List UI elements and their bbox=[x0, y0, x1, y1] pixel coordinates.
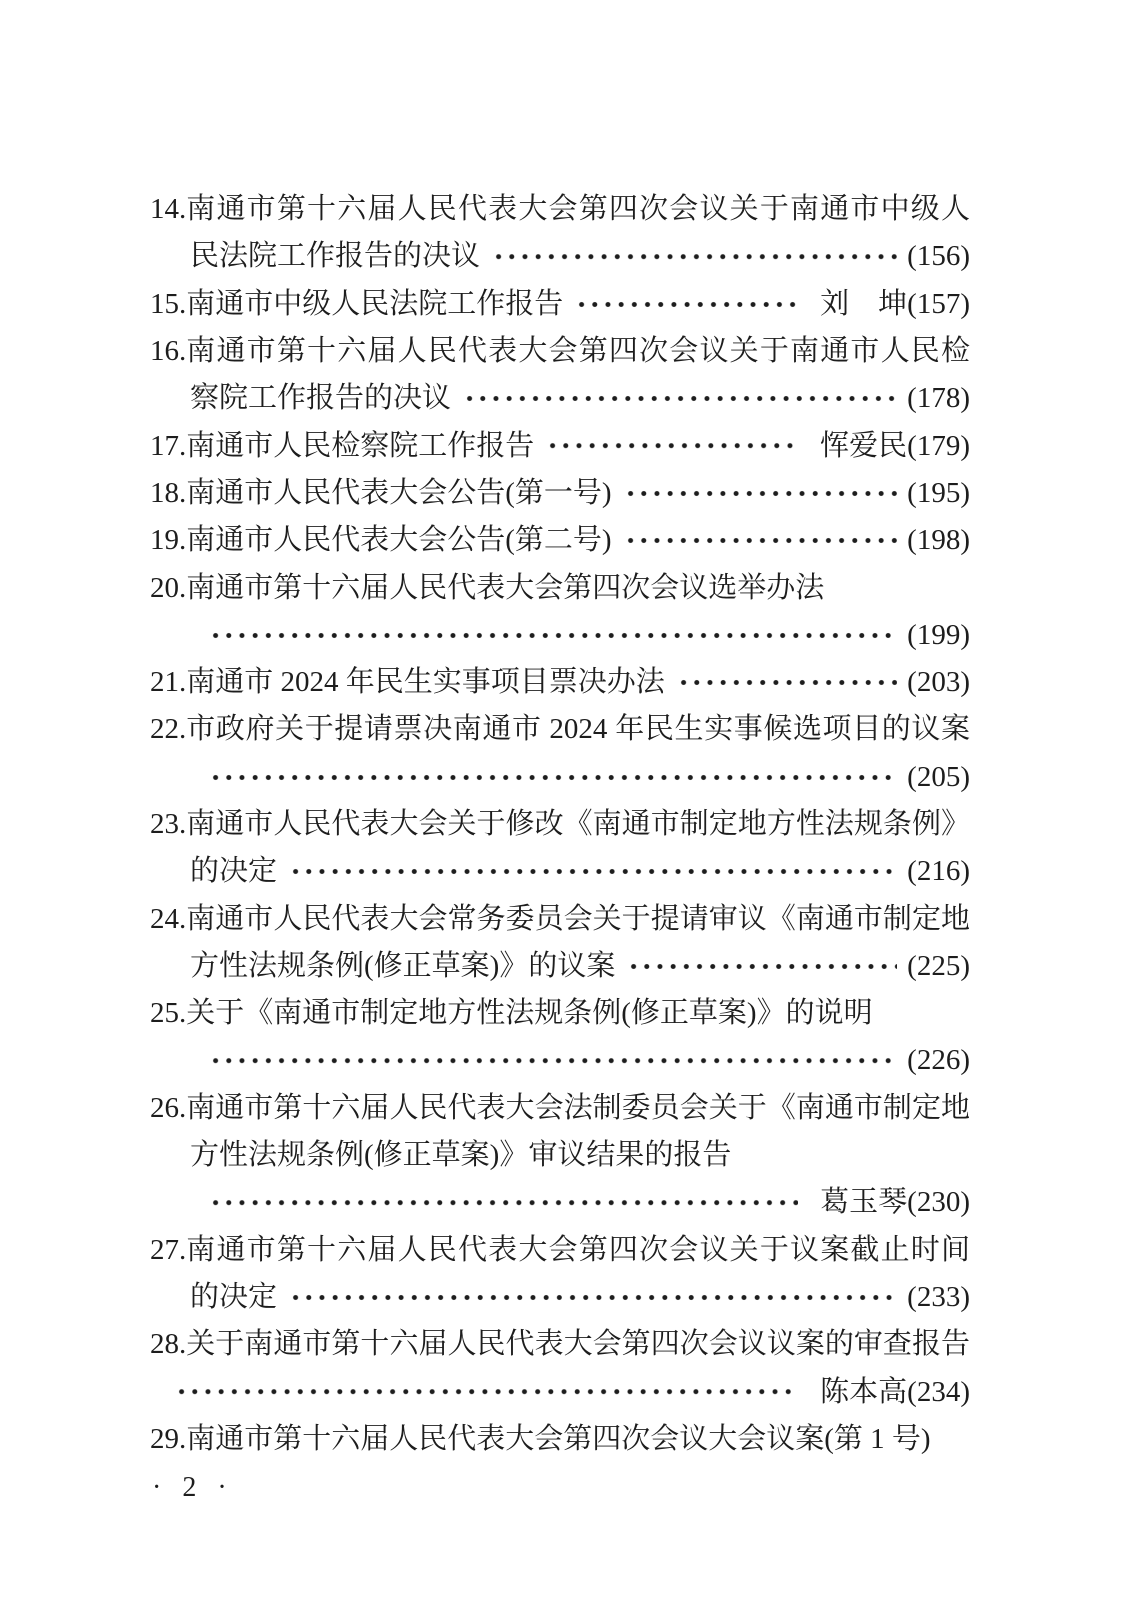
toc-entry-16-line-2: 察院工作报告的决议(178) bbox=[150, 375, 970, 422]
page-number: (230) bbox=[907, 1188, 970, 1217]
page-number: (157) bbox=[907, 290, 970, 319]
dot-leader bbox=[622, 517, 898, 564]
entry-title-text: 关于《南通市制定地方性法规条例(修正草案)》的说明 bbox=[186, 999, 872, 1028]
page-number: (205) bbox=[907, 763, 970, 792]
dot-leader bbox=[207, 612, 897, 659]
toc-entry-19-line-1: 19.南通市人民代表大会公告(第二号)(198) bbox=[150, 517, 970, 564]
dot-leader bbox=[173, 1368, 798, 1415]
page-number: (216) bbox=[907, 857, 970, 886]
toc-entry-21-line-1: 21.南通市 2024 年民生实事项目票决办法(203) bbox=[150, 659, 970, 706]
entry-number: 24. bbox=[150, 905, 186, 934]
page-number: (178) bbox=[907, 384, 970, 413]
entry-title-text: 南通市第十六届人民代表大会第四次会议选举办法 bbox=[186, 574, 824, 603]
entry-title-text: 南通市人民代表大会关于修改《南通市制定地方性法规条例》 bbox=[186, 810, 970, 839]
dot-leader bbox=[287, 1274, 897, 1321]
page-number: (199) bbox=[907, 621, 970, 650]
document-page: 14.南通市第十六届人民代表大会第四次会议关于南通市中级人民法院工作报告的决议(… bbox=[0, 0, 1131, 1600]
toc-entry-14-line-1: 14.南通市第十六届人民代表大会第四次会议关于南通市中级人 bbox=[150, 186, 970, 233]
author-name: 恽爱民 bbox=[820, 432, 907, 461]
entry-number: 18. bbox=[150, 479, 186, 508]
toc-entry-29-line-1: 29.南通市第十六届人民代表大会第四次会议大会议案(第 1 号) bbox=[150, 1416, 970, 1463]
entry-title-text: 南通市人民检察院工作报告 bbox=[186, 432, 534, 461]
dot-leader bbox=[625, 943, 897, 990]
toc-entry-22-line-2: (205) bbox=[150, 754, 970, 801]
page-number-footer: · 2 · bbox=[152, 1472, 234, 1504]
entry-number: 26. bbox=[150, 1094, 186, 1123]
toc-list: 14.南通市第十六届人民代表大会第四次会议关于南通市中级人民法院工作报告的决议(… bbox=[150, 186, 970, 1463]
dot-leader bbox=[675, 659, 897, 706]
toc-entry-18-line-1: 18.南通市人民代表大会公告(第一号)(195) bbox=[150, 470, 970, 517]
dot-leader bbox=[461, 375, 897, 422]
entry-title-text: 察院工作报告的决议 bbox=[190, 384, 451, 413]
entry-title-text: 方性法规条例(修正草案)》审议结果的报告 bbox=[190, 1141, 731, 1170]
entry-title-text: 南通市第十六届人民代表大会第四次会议关于议案截止时间 bbox=[186, 1236, 970, 1265]
author-name: 刘 坤 bbox=[820, 290, 907, 319]
page-number: (233) bbox=[907, 1283, 970, 1312]
toc-entry-27-line-2: 的决定(233) bbox=[150, 1274, 970, 1321]
entry-title-text: 南通市人民代表大会常务委员会关于提请审议《南通市制定地 bbox=[186, 905, 970, 934]
dot-leader bbox=[207, 1179, 798, 1226]
toc-entry-24-line-2: 方性法规条例(修正草案)》的议案(225) bbox=[150, 943, 970, 990]
toc-entry-26-line-2: 方性法规条例(修正草案)》审议结果的报告 bbox=[150, 1132, 970, 1179]
dot-leader bbox=[207, 1037, 897, 1084]
entry-number: 29. bbox=[150, 1425, 186, 1454]
page-number: (198) bbox=[907, 526, 970, 555]
toc-entry-28-line-1: 28.关于南通市第十六届人民代表大会第四次会议议案的审查报告 bbox=[150, 1321, 970, 1368]
dot-leader bbox=[287, 848, 897, 895]
page-number: (195) bbox=[907, 479, 970, 508]
dot-leader bbox=[573, 281, 798, 328]
page-number: (225) bbox=[907, 952, 970, 981]
entry-number: 23. bbox=[150, 810, 186, 839]
entry-number: 15. bbox=[150, 290, 186, 319]
entry-number: 16. bbox=[150, 337, 186, 366]
toc-entry-23-line-2: 的决定(216) bbox=[150, 848, 970, 895]
toc-entry-25-line-2: (226) bbox=[150, 1037, 970, 1084]
toc-entry-26-line-3: 葛玉琴(230) bbox=[150, 1179, 970, 1226]
entry-number: 25. bbox=[150, 999, 186, 1028]
entry-title-text: 南通市人民代表大会公告(第一号) bbox=[186, 479, 611, 508]
page-number: (156) bbox=[907, 242, 970, 271]
entry-title-text: 南通市第十六届人民代表大会第四次会议大会议案(第 1 号) bbox=[186, 1425, 930, 1454]
toc-entry-23-line-1: 23.南通市人民代表大会关于修改《南通市制定地方性法规条例》 bbox=[150, 801, 970, 848]
entry-number: 22. bbox=[150, 715, 186, 744]
entry-title-text: 南通市 2024 年民生实事项目票决办法 bbox=[186, 668, 665, 697]
toc-entry-25-line-1: 25.关于《南通市制定地方性法规条例(修正草案)》的说明 bbox=[150, 990, 970, 1037]
toc-entry-14-line-2: 民法院工作报告的决议(156) bbox=[150, 233, 970, 280]
toc-entry-16-line-1: 16.南通市第十六届人民代表大会第四次会议关于南通市人民检 bbox=[150, 328, 970, 375]
toc-entry-20-line-2: (199) bbox=[150, 612, 970, 659]
entry-title-text: 关于南通市第十六届人民代表大会第四次会议议案的审查报告 bbox=[186, 1330, 970, 1359]
page-number: (234) bbox=[907, 1378, 970, 1407]
dot-leader bbox=[622, 470, 898, 517]
entry-number: 20. bbox=[150, 574, 186, 603]
dot-leader bbox=[207, 754, 897, 801]
entry-title-text: 方性法规条例(修正草案)》的议案 bbox=[190, 952, 615, 981]
dot-leader bbox=[544, 422, 798, 469]
dot-leader bbox=[490, 233, 897, 280]
toc-entry-22-line-1: 22.市政府关于提请票决南通市 2024 年民生实事候选项目的议案 bbox=[150, 706, 970, 753]
author-name: 陈本高 bbox=[820, 1378, 907, 1407]
entry-title-text: 南通市第十六届人民代表大会第四次会议关于南通市中级人 bbox=[186, 195, 970, 224]
entry-number: 14. bbox=[150, 195, 186, 224]
entry-title-text: 南通市中级人民法院工作报告 bbox=[186, 290, 563, 319]
page-number: (226) bbox=[907, 1046, 970, 1075]
toc-entry-24-line-1: 24.南通市人民代表大会常务委员会关于提请审议《南通市制定地 bbox=[150, 895, 970, 942]
author-name: 葛玉琴 bbox=[820, 1188, 907, 1217]
entry-title-text: 南通市第十六届人民代表大会第四次会议关于南通市人民检 bbox=[186, 337, 970, 366]
entry-number: 27. bbox=[150, 1236, 186, 1265]
entry-title-text: 的决定 bbox=[190, 1283, 277, 1312]
page-number: (179) bbox=[907, 432, 970, 461]
toc-entry-15-line-1: 15.南通市中级人民法院工作报告刘 坤(157) bbox=[150, 281, 970, 328]
entry-title-text: 南通市人民代表大会公告(第二号) bbox=[186, 526, 611, 555]
entry-title-text: 民法院工作报告的决议 bbox=[190, 242, 480, 271]
toc-entry-20-line-1: 20.南通市第十六届人民代表大会第四次会议选举办法 bbox=[150, 564, 970, 611]
entry-title-text: 南通市第十六届人民代表大会法制委员会关于《南通市制定地 bbox=[186, 1094, 970, 1123]
entry-number: 28. bbox=[150, 1330, 186, 1359]
entry-title-text: 的决定 bbox=[190, 857, 277, 886]
toc-entry-17-line-1: 17.南通市人民检察院工作报告恽爱民(179) bbox=[150, 422, 970, 469]
toc-entry-26-line-1: 26.南通市第十六届人民代表大会法制委员会关于《南通市制定地 bbox=[150, 1085, 970, 1132]
toc-entry-27-line-1: 27.南通市第十六届人民代表大会第四次会议关于议案截止时间 bbox=[150, 1227, 970, 1274]
entry-number: 17. bbox=[150, 432, 186, 461]
page-number: (203) bbox=[907, 668, 970, 697]
entry-number: 21. bbox=[150, 668, 186, 697]
entry-number: 19. bbox=[150, 526, 186, 555]
toc-entry-28-line-2: 陈本高(234) bbox=[150, 1368, 970, 1415]
entry-title-text: 市政府关于提请票决南通市 2024 年民生实事候选项目的议案 bbox=[186, 715, 970, 744]
